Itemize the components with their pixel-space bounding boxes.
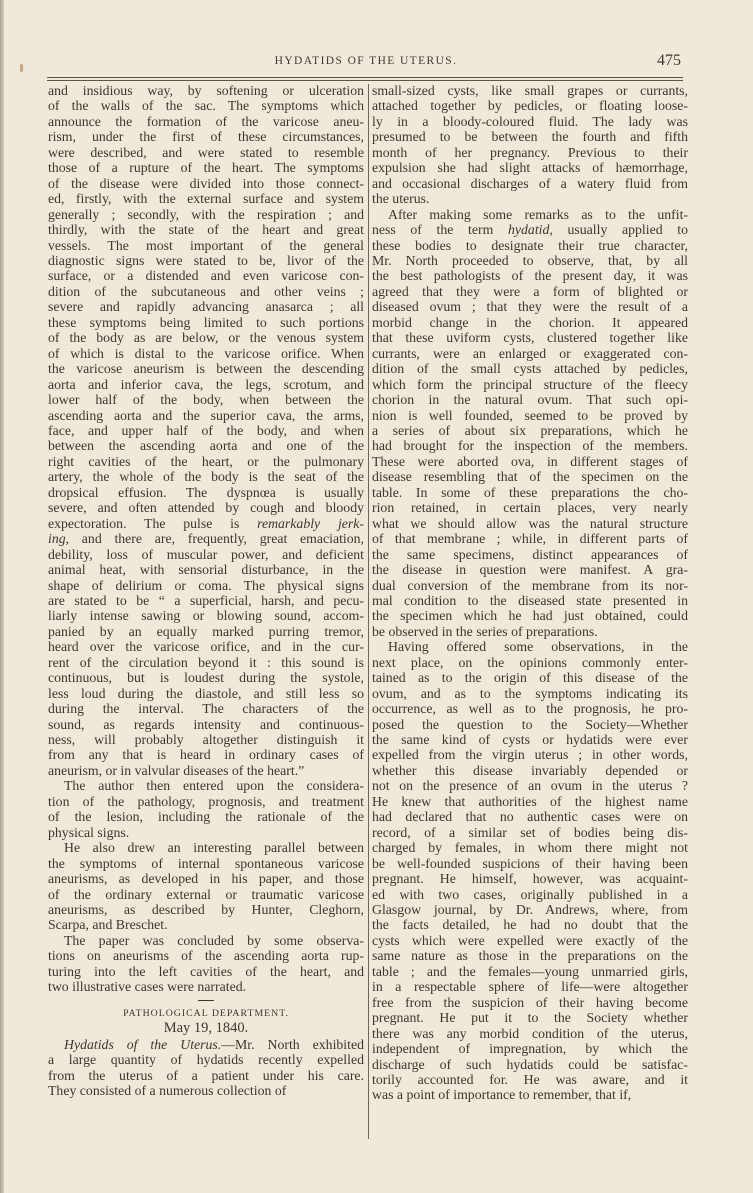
text-line: severe, and often attended by cough and … [48, 500, 364, 515]
text-line: shape of delirium or coma. The physical … [48, 578, 364, 593]
text-line: rism, under the first of these circumsta… [48, 129, 364, 144]
text-line: sound, as regards intensity and continuo… [48, 717, 364, 732]
text-line: from any that is heard in ordinary cases… [48, 747, 364, 762]
text-line: and occasional discharges of a watery fl… [372, 176, 688, 191]
paragraph: Having offered some observations, in the… [372, 639, 688, 1103]
text-line: table ; and the females—young unmarried … [372, 964, 688, 979]
text-line: He also drew an interesting parallel bet… [48, 840, 364, 855]
text-line: These were aborted ova, in different sta… [372, 454, 688, 469]
text-line: the best pathologists of the present day… [372, 268, 688, 283]
text-line: tions on aneurisms of the ascending aort… [48, 948, 364, 963]
running-title: HYDATIDS OF THE UTERUS. [47, 55, 685, 67]
text-line: ing, and there are, frequently, great em… [48, 531, 364, 546]
text-line: animal heat, with sensorial disturbance,… [48, 562, 364, 577]
text-line: panied by an equally marked purring trem… [48, 624, 364, 639]
text-line: the varicose aneurism is between the des… [48, 361, 364, 376]
text-line: month of her pregnancy. Previous to thei… [372, 145, 688, 160]
text-line: of the walls of the sac. The symptoms wh… [48, 98, 364, 113]
section-date: May 19, 1840. [48, 1021, 364, 1036]
text-line: After making some remarks as to the unfi… [372, 207, 688, 222]
text-line: of the disease were divided into those c… [48, 176, 364, 191]
running-header: HYDATIDS OF THE UTERUS. 475 [47, 52, 685, 74]
text-line: mal condition to the diseased state pres… [372, 593, 688, 608]
text-line: what we should allow was the natural str… [372, 516, 688, 531]
text-line: turing into the left cavities of the hea… [48, 964, 364, 979]
text-line: whether this disease invariably depended… [372, 763, 688, 778]
text-line: ed with two cases, originally published … [372, 887, 688, 902]
text-line: discharge of such hydatids could be sati… [372, 1057, 688, 1072]
text-line: those of a rupture of the heart. The sym… [48, 160, 364, 175]
text-line: agreed that they were a form of blighted… [372, 284, 688, 299]
text-line: less loud during the diastole, and still… [48, 686, 364, 701]
text-line: be well-founded suspicions of their havi… [372, 856, 688, 871]
text-line: nion is well founded, seemed to be prove… [372, 408, 688, 423]
text-line: the disease in question were manifest. A… [372, 562, 688, 577]
text-line: charged by females, in whom there might … [372, 840, 688, 855]
text-line: of the body as are below, or the venous … [48, 330, 364, 345]
page-number: 475 [657, 52, 681, 70]
text-line: a large quantity of hydatids recently ex… [48, 1052, 364, 1067]
text-line: independent of impregnation, by which th… [372, 1041, 688, 1056]
column-divider [368, 84, 369, 1139]
text-line: a series of about six preparations, whic… [372, 423, 688, 438]
text-line: occurrence, as well as to the prognosis,… [372, 701, 688, 716]
text-line: between the ascending aorta and one of t… [48, 438, 364, 453]
left-column-paragraphs: and insidious way, by softening or ulcer… [48, 83, 364, 995]
text-line: He knew that authorities of the highest … [372, 794, 688, 809]
text-line: not on the presence of an ovum in the ut… [372, 778, 688, 793]
paragraph: Hydatids of the Uterus.—Mr. North exhibi… [48, 1037, 364, 1099]
text-line: from the uterus of a patient under his c… [48, 1068, 364, 1083]
text-line: Scarpa, and Breschet. [48, 917, 364, 932]
paragraph: He also drew an interesting parallel bet… [48, 840, 364, 933]
text-line: ed, firstly, with the external surface a… [48, 191, 364, 206]
paragraph: The author then entered upon the conside… [48, 778, 364, 840]
text-line: there was any morbid condition of the ut… [372, 1026, 688, 1041]
text-line: was a point of importance to remember, t… [372, 1087, 688, 1102]
text-line: The paper was concluded by some observa- [48, 933, 364, 948]
text-line: were described, and were stated to resem… [48, 145, 364, 160]
text-line: thirdly, with the state of the heart and… [48, 222, 364, 237]
text-line: rion retained, in certain places, very n… [372, 500, 688, 515]
text-line: generally ; secondly, with the respirati… [48, 207, 364, 222]
text-line: tion of the pathology, prognosis, and tr… [48, 794, 364, 809]
text-line: during the interval. The characters of t… [48, 701, 364, 716]
text-line: vessels. The most important of the gener… [48, 238, 364, 253]
text-line: ly in a bloody-coloured fluid. The lady … [372, 114, 688, 129]
text-line: diagnostic signs were stated to be, livo… [48, 253, 364, 268]
text-line: that these uviform cysts, clustered toge… [372, 330, 688, 345]
text-line: record, of a similar set of bodies being… [372, 825, 688, 840]
text-line: currants, were an enlarged or exaggerate… [372, 346, 688, 361]
text-line: severe and rapidly advancing anasarca ; … [48, 299, 364, 314]
text-line: announce the formation of the varicose a… [48, 114, 364, 129]
text-line: had declared that no authentic cases wer… [372, 809, 688, 824]
text-line: They consisted of a numerous collection … [48, 1083, 364, 1098]
paragraph: The paper was concluded by some observa-… [48, 933, 364, 995]
text-line: Having offered some observations, in the [372, 639, 688, 654]
text-line: torily accounted for. He was aware, and … [372, 1072, 688, 1087]
text-line: face, and upper half of the body, and wh… [48, 423, 364, 438]
text-line: attached together by pedicles, or floati… [372, 98, 688, 113]
paragraph: After making some remarks as to the unfi… [372, 207, 688, 640]
text-line: expulsion she had slight attacks of hæmo… [372, 160, 688, 175]
text-line: had brought for the inspection of the me… [372, 438, 688, 453]
text-line: cysts which were expelled were exactly o… [372, 933, 688, 948]
text-line: The author then entered upon the conside… [48, 778, 364, 793]
text-line: morbid change in the chorion. It appeare… [372, 315, 688, 330]
text-line: chorion in the natural ovum. That such o… [372, 392, 688, 407]
left-column: and insidious way, by softening or ulcer… [48, 83, 364, 1098]
text-line: of that membrane ; while, in different p… [372, 531, 688, 546]
text-line: presumed to be between the fourth and fi… [372, 129, 688, 144]
text-line: aneurism, or in valvular diseases of the… [48, 763, 364, 778]
text-line: tained as to the origin of this disease … [372, 670, 688, 685]
text-line: aneurisms, as developed in his paper, an… [48, 871, 364, 886]
right-column: small-sized cysts, like small grapes or … [372, 83, 688, 1103]
text-line: dition of the small cysts attached by pe… [372, 361, 688, 376]
text-line: ascending aorta and the superior cava, t… [48, 408, 364, 423]
text-line: posed the question to the Society—Whethe… [372, 717, 688, 732]
text-line: and insidious way, by softening or ulcer… [48, 83, 364, 98]
text-line: dual conversion of the membrane from its… [372, 578, 688, 593]
text-line: the symptoms of internal spontaneous var… [48, 856, 364, 871]
text-line: in a respectable sphere of life—were alt… [372, 979, 688, 994]
text-line: Hydatids of the Uterus.—Mr. North exhibi… [48, 1037, 364, 1052]
paragraph: and insidious way, by softening or ulcer… [48, 83, 364, 778]
text-line: expelled from the virgin uterus ; in oth… [372, 747, 688, 762]
text-line: Mr. North proceeded to observe, that, by… [372, 253, 688, 268]
text-line: aneurisms, as described by Hunter, Clegh… [48, 902, 364, 917]
text-line: the same specimens, distinct appearances… [372, 547, 688, 562]
section-heading: PATHOLOGICAL DEPARTMENT. [48, 1006, 364, 1021]
text-line: be observed in the series of preparation… [372, 624, 688, 639]
text-line: table. In some of these preparations the… [372, 485, 688, 500]
text-line: these bodies to designate their true cha… [372, 238, 688, 253]
text-line: liarly intense sawing or blowing sound, … [48, 608, 364, 623]
text-line: ness of the term hydatid, usually applie… [372, 222, 688, 237]
text-line: rent of the circulation beyond it : this… [48, 655, 364, 670]
right-column-paragraphs: small-sized cysts, like small grapes or … [372, 83, 688, 1103]
text-line: two illustrative cases were narrated. [48, 979, 364, 994]
text-line: dition of the subcutaneous and other vei… [48, 284, 364, 299]
text-line: dropsical effusion. The dyspnœa is usual… [48, 485, 364, 500]
section-separator [198, 1000, 214, 1001]
text-line: aorta and inferior cava, the legs, scrot… [48, 377, 364, 392]
text-line: of the ordinary external or traumatic va… [48, 887, 364, 902]
text-line: ovum, and as to the symptoms indicating … [372, 686, 688, 701]
text-line: of which is distal to the varicose orifi… [48, 346, 364, 361]
text-line: heard over the varicose orifice, and in … [48, 639, 364, 654]
text-line: which form the principal structure of th… [372, 377, 688, 392]
text-line: disease resembling that of the specimen … [372, 469, 688, 484]
text-line: lower half of the body, when between the [48, 392, 364, 407]
text-line: these symptoms being limited to such por… [48, 315, 364, 330]
text-line: pregnant. He himself, however, was acqua… [372, 871, 688, 886]
text-line: the same kind of cysts or hydatids were … [372, 732, 688, 747]
page-edge [0, 0, 4, 1193]
text-line: pregnant. He put it to the Society wheth… [372, 1010, 688, 1025]
header-rule-top [47, 77, 683, 78]
header-rule-bottom [47, 80, 683, 81]
text-line: continuous, but is loudest during the sy… [48, 670, 364, 685]
text-line: are stated to be “ a superficial, harsh,… [48, 593, 364, 608]
text-line: the facts detailed, he had no doubt that… [372, 917, 688, 932]
paper-stain [20, 64, 23, 72]
text-line: expectoration. The pulse is remarkably j… [48, 516, 364, 531]
text-line: diseased ovum ; that they were the resul… [372, 299, 688, 314]
text-line: debility, loss of muscular power, and de… [48, 547, 364, 562]
text-line: free from the suspicion of their having … [372, 995, 688, 1010]
text-line: surface, or a distended and even varicos… [48, 268, 364, 283]
section-paragraph: Hydatids of the Uterus.—Mr. North exhibi… [48, 1037, 364, 1099]
text-line: artery, the whole of the body is the sea… [48, 469, 364, 484]
text-line: the uterus. [372, 191, 688, 206]
text-line: small-sized cysts, like small grapes or … [372, 83, 688, 98]
text-line: physical signs. [48, 825, 364, 840]
paragraph: small-sized cysts, like small grapes or … [372, 83, 688, 207]
text-line: right cavities of the heart, or the pulm… [48, 454, 364, 469]
text-line: Glasgow journal, by Dr. Andrews, where, … [372, 902, 688, 917]
text-line: next place, on the opinions commonly ent… [372, 655, 688, 670]
text-line: of the lesion, including the rationale o… [48, 809, 364, 824]
text-line: same nature as those in the preparations… [372, 948, 688, 963]
text-line: the specimen which he had just obtained,… [372, 608, 688, 623]
text-line: ness, will probably altogether distingui… [48, 732, 364, 747]
